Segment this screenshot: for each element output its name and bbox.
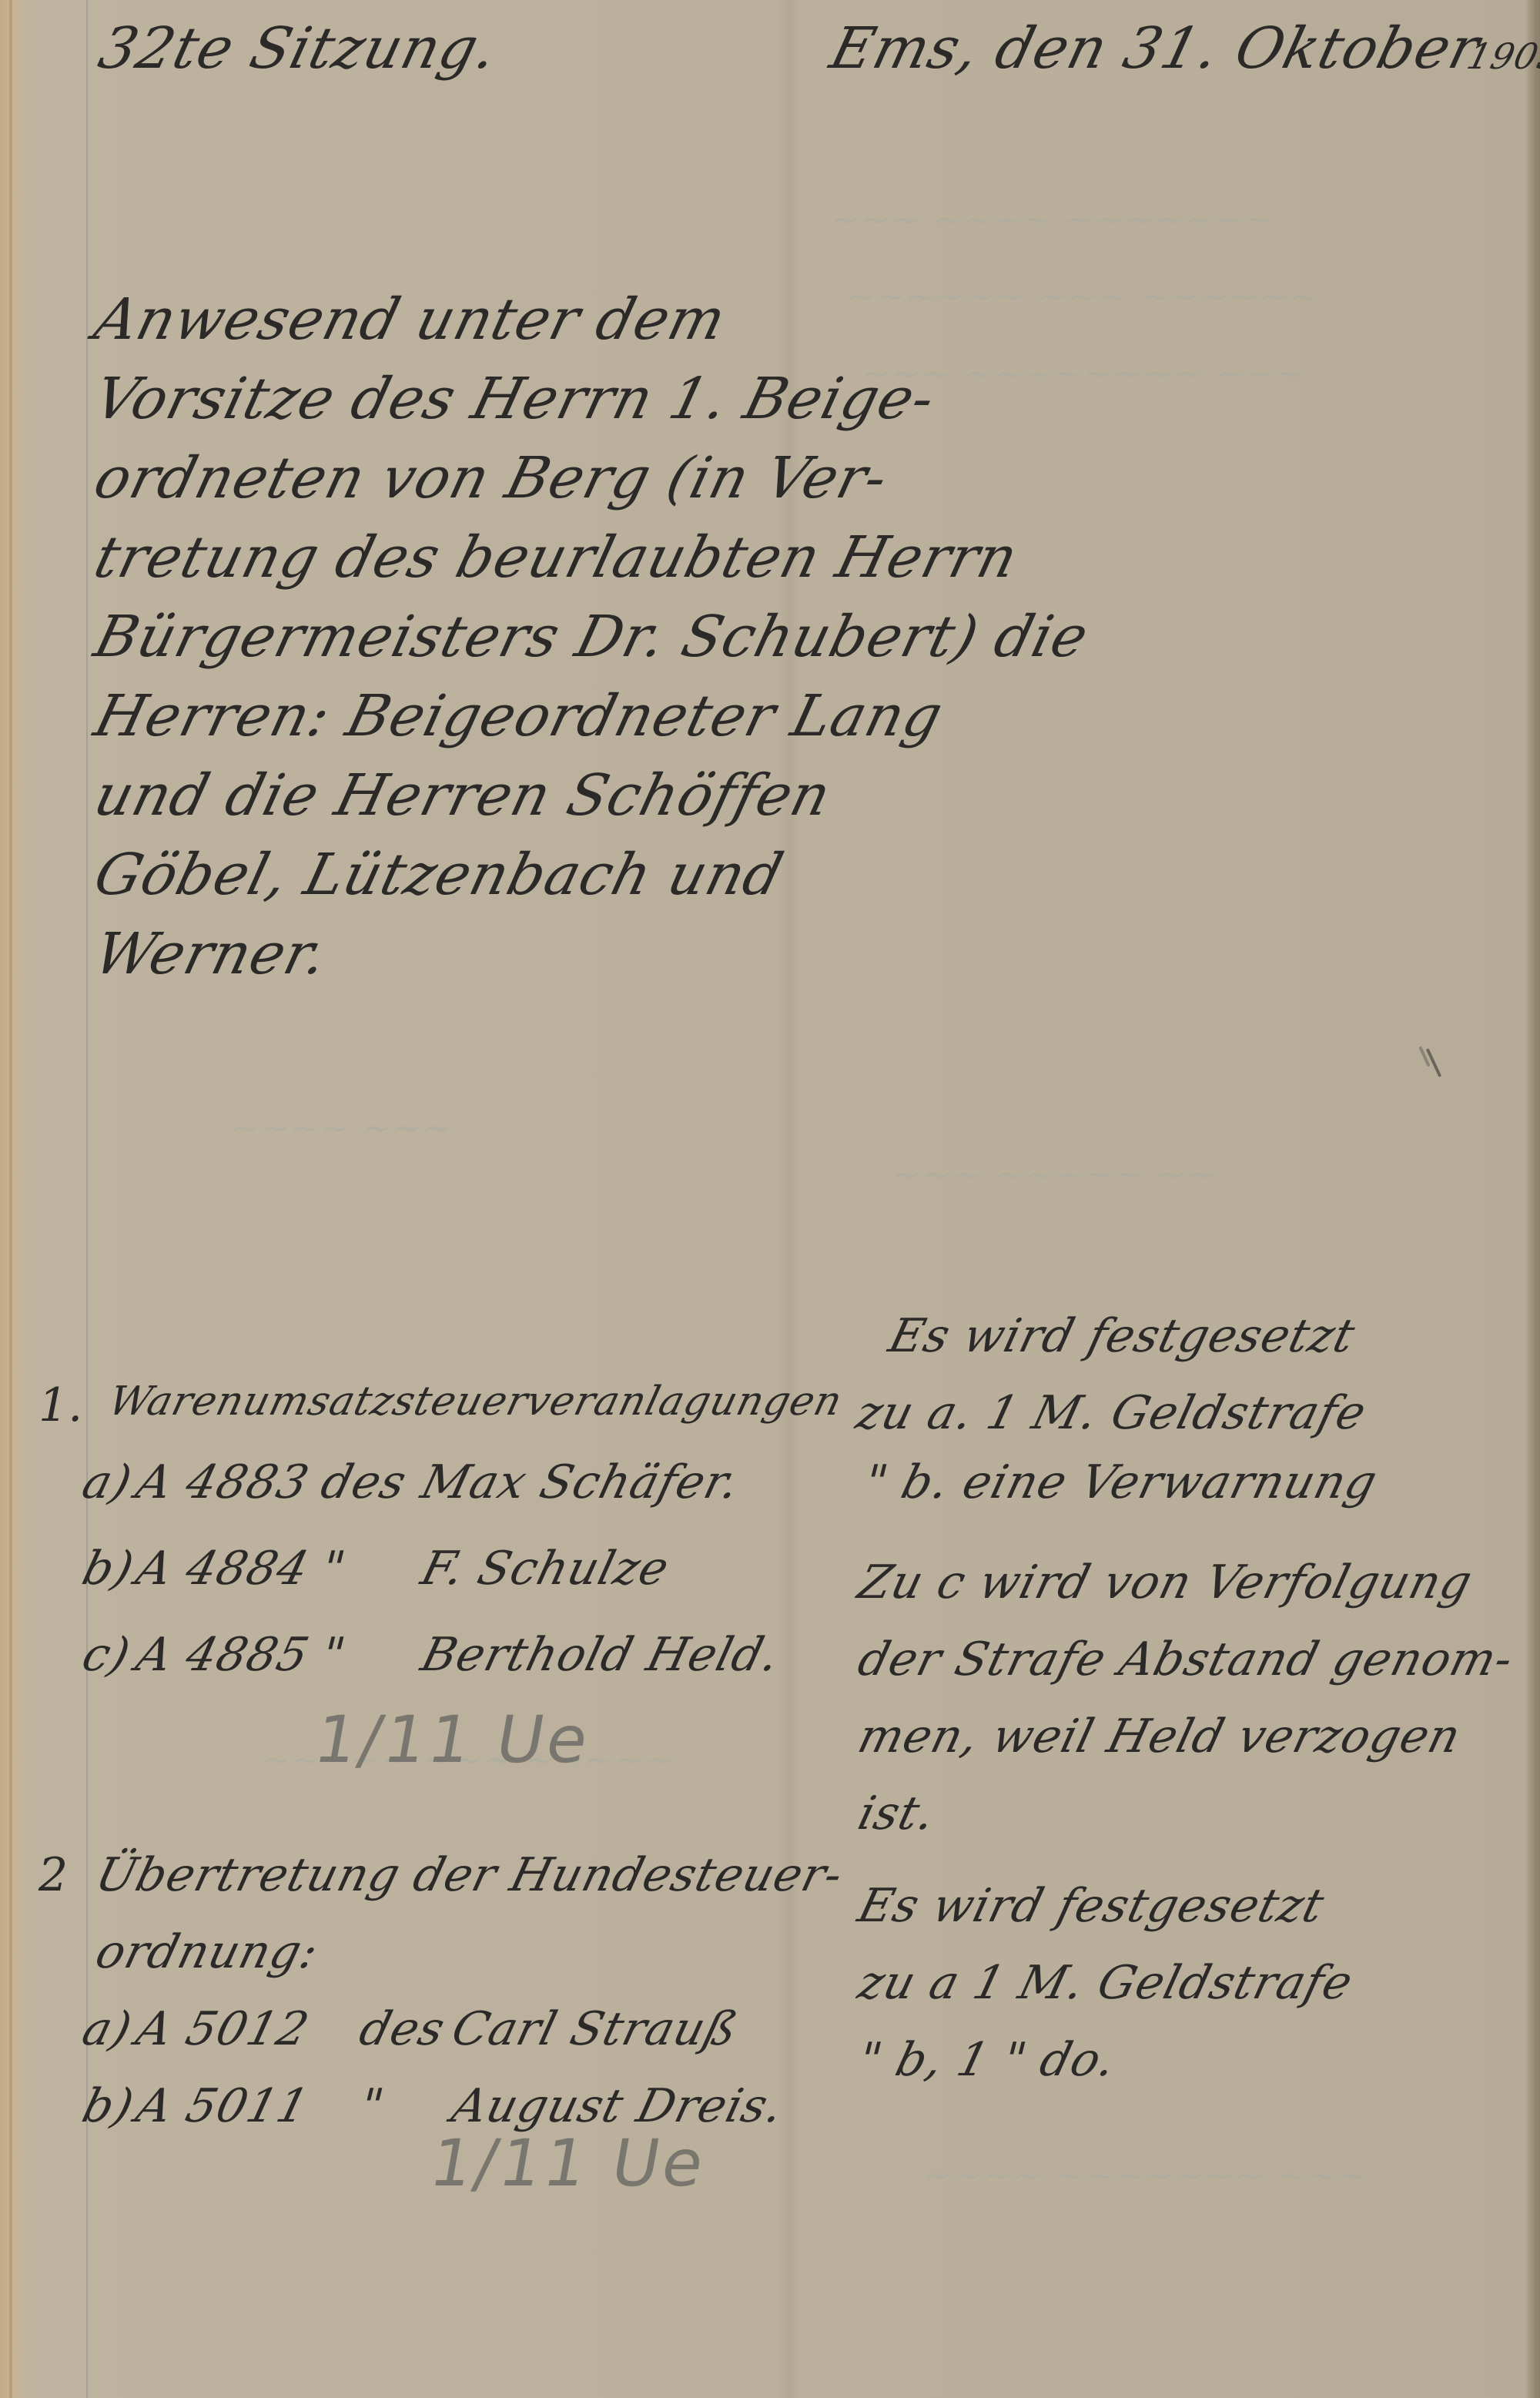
page-edge-right bbox=[1535, 0, 1537, 2398]
entry-prep: " bbox=[316, 1628, 351, 1682]
attendance-line: tretung des beurlaubten Herrn bbox=[85, 524, 1095, 604]
session-title: 32te Sitzung. bbox=[92, 15, 504, 82]
bleed-through-text: ~~~ ~~~~ ~~~~~~~ bbox=[821, 200, 1285, 239]
entry-name: F. Schulze bbox=[416, 1542, 675, 1596]
resolution-line: zu a 1 M. Geldstrafe bbox=[847, 1956, 1358, 2033]
attendance-line: Bürgermeisters Dr. Schubert) die bbox=[85, 604, 1095, 683]
pencil-initials: 1/11 Ue bbox=[309, 1702, 597, 1777]
item-title-line: Übertretung der Hundesteuer- bbox=[85, 1848, 849, 1925]
item-number: 2 bbox=[38, 1848, 68, 1902]
entry-prep: " bbox=[316, 1542, 351, 1596]
page-edge-left bbox=[9, 0, 12, 2398]
item-number: 1. bbox=[38, 1378, 82, 1432]
entry-name: Berthold Held. bbox=[416, 1628, 785, 1682]
entry-prep: des bbox=[354, 2002, 450, 2056]
entry-ref: A 4885 bbox=[131, 1628, 315, 1682]
entry-ref: A 5011 bbox=[131, 2079, 315, 2133]
bleed-through-text: ~~~~ ~~~ bbox=[220, 1109, 463, 1148]
pencil-initials: 1/11 Ue bbox=[424, 2125, 712, 2201]
attendance-line: Anwesend unter dem bbox=[85, 286, 1095, 366]
attendance-line: Vorsitze des Herrn 1. Beige- bbox=[85, 366, 1095, 445]
resolution-line: men, weil Held verzogen bbox=[847, 1710, 1518, 1787]
item-title-line: ordnung: bbox=[85, 1925, 849, 2002]
attendance-line: und die Herren Schöffen bbox=[85, 762, 1095, 842]
attendance-line: Göbel, Lützenbach und bbox=[85, 842, 1095, 921]
attendance-line: Herren: Beigeordneter Lang bbox=[85, 683, 1095, 762]
entry-prep: " bbox=[354, 2079, 390, 2133]
item-title: Warenumsatzsteuerveranlagungen bbox=[104, 1378, 847, 1425]
item-title-block: Übertretung der Hundesteuer- ordnung: bbox=[85, 1848, 829, 2002]
entry-ref: A 5012 bbox=[131, 2002, 315, 2056]
entry-prep: des bbox=[316, 1455, 412, 1509]
entry-name: Max Schäfer. bbox=[416, 1455, 745, 1509]
resolution-line: zu a. 1 M. Geldstrafe bbox=[847, 1386, 1517, 1455]
bleed-through-text: ~~~ ~~~~~ ~~ bbox=[882, 1155, 1227, 1194]
resolution-line: Zu c wird von Verfolgung bbox=[847, 1556, 1518, 1633]
resolution-block: Es wird festgesetzt zu a. 1 M. Geldstraf… bbox=[847, 1309, 1500, 1864]
resolution-line: Es wird festgesetzt bbox=[878, 1309, 1518, 1386]
document-page: ~~~ ~~~~ ~~~~~~~ ~~~~~~ ~~~ ~~~~~~ ~~~ ~… bbox=[0, 0, 1540, 2398]
resolution-block: Es wird festgesetzt zu a 1 M. Geldstrafe… bbox=[847, 1879, 1339, 2110]
year: 1905 bbox=[1463, 35, 1540, 77]
resolution-line: der Strafe Abstand genom- bbox=[847, 1633, 1518, 1710]
place-date: Ems, den 31. Oktober bbox=[824, 15, 1487, 82]
resolution-line: Es wird festgesetzt bbox=[847, 1879, 1358, 1956]
attendance-block: Anwesend unter dem Vorsitze des Herrn 1.… bbox=[85, 286, 1076, 1000]
entry-ref: A 4883 bbox=[131, 1455, 315, 1509]
resolution-line: ist. bbox=[847, 1787, 1518, 1864]
attendance-line: ordneten von Berg (in Ver- bbox=[85, 445, 1095, 524]
entry-ref: A 4884 bbox=[131, 1542, 315, 1596]
bleed-through-text: ~~~~ ~~~~~~~ ~~~ bbox=[913, 2156, 1378, 2195]
resolution-line: " b, 1 " do. bbox=[847, 2033, 1358, 2110]
resolution-line: " b. eine Verwarnung bbox=[847, 1455, 1525, 1556]
entry-name: Carl Strauß bbox=[447, 2002, 743, 2056]
attendance-line: Werner. bbox=[85, 921, 1095, 1000]
